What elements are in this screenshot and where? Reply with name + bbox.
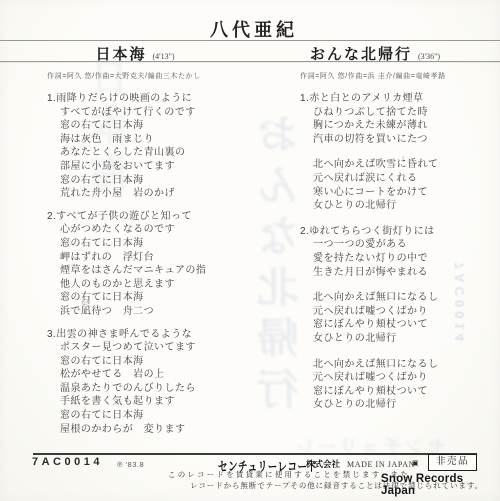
header-divider-top [0, 40, 500, 41]
verse-block: 3.出雲の神さま呼んでるような ポスター見つめて泣いてます 窓の右てに日本海 松… [47, 328, 265, 437]
stamp-icon: ▣ [412, 459, 419, 467]
footer-divider [33, 453, 477, 455]
song-credits-left: 作詞=阿久 悠/作曲=大野克夫/編曲三木たかし [47, 71, 201, 81]
song-title-left: 日本海 (4'13") [20, 43, 250, 64]
watermark-snow-records: Snow Records Japan [381, 473, 500, 497]
verse-block: 2.すべてが子供の遊びと知って 心がつめたくなるのです 窓の右てに日本海 岬はず… [47, 210, 265, 319]
record-sleeve-back: おんな北帰行 日本海 7AC0014 センチュリーレコード 八代亜紀 日本海 (… [0, 0, 500, 501]
verse-block: 1.雨降りだらけの映画のように すべてがぼやけて行くのです 窓の右てに日本海 海… [47, 92, 265, 201]
phonogram-date: ℗ '83.8 [117, 460, 144, 469]
artist-name: 八代亜紀 [0, 16, 500, 42]
furigana-annotation: く [401, 155, 406, 162]
song-credits-right: 作詞=阿久 悠/作曲=浜 圭介/編曲=竜崎孝路 [300, 71, 446, 81]
song-title-text: おんな北帰行 [310, 47, 412, 63]
lyrics-column-left: 1.雨降りだらけの映画のように すべてがぼやけて行くのです 窓の右てに日本海 海… [47, 92, 265, 445]
catalog-number: 7AC0014 [32, 456, 103, 468]
verse-block: 2.ゆれてちらつく街灯りには 一つ一つの愛がある 愛を持たない灯りの中で 生きた… [300, 225, 495, 279]
verse-block: 1.赤と白とのアメリカ煙草 ひねりつぶして捨てた時 胸につかえた未練が薄れ 汽車… [300, 92, 495, 146]
song-duration: (4'13") [152, 52, 174, 61]
lyrics-column-right: 1.赤と白とのアメリカ煙草 ひねりつぶして捨てた時 胸につかえた未練が薄れ 汽車… [300, 92, 495, 424]
furigana-annotation: なぎ [81, 300, 90, 307]
song-title-right: おんな北帰行 (3'36") [250, 43, 500, 64]
song-duration: (3'36") [418, 52, 440, 61]
refrain-block: 北へ向かえば無口になるし 元へ戻れば嘘つくばかり 窓にぼんやり頬杖ついて 女ひと… [300, 291, 495, 345]
refrain-block: 北へ向かえば無口になるし 元へ戻れば嘘つくばかり 窓にぼんやり頬杖ついて 女ひと… [300, 358, 495, 412]
not-for-sale-badge: 非売品 [428, 454, 477, 471]
refrain-block: 北へ向かえば吹雪に昏れて 元へ戻れば涙にくれる 寒い心にコートをかけて 女ひとり… [300, 158, 495, 212]
made-in-text: MADE IN JAPAN [347, 460, 415, 469]
song-title-text: 日本海 [95, 47, 146, 63]
